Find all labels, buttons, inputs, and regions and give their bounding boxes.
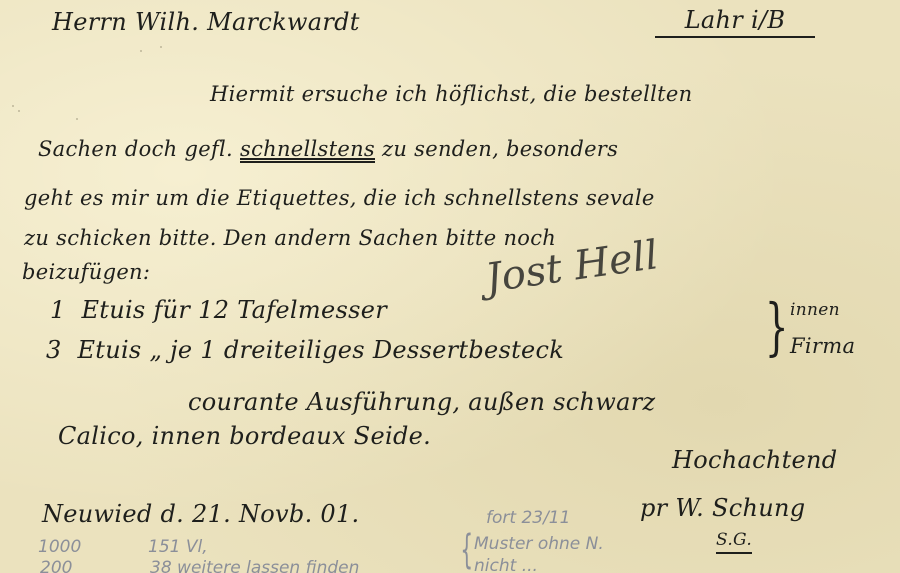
paper-speck <box>140 50 142 52</box>
recipient-name: Herrn Wilh. Marckwardt <box>52 8 360 36</box>
pencil-note-fort: fort 23/11 <box>486 508 570 528</box>
signature: pr W. Schung <box>640 494 805 522</box>
body-line-3: geht es mir um die Etiquettes, die ich s… <box>24 186 655 210</box>
body-line-4: zu schicken bitte. Den andern Sachen bit… <box>24 226 556 250</box>
pencil-brace: { <box>460 530 473 570</box>
item-text: Etuis für 12 Tafelmesser <box>81 296 387 324</box>
item-row: 3 Etuis „ je 1 dreiteiliges Dessertbeste… <box>46 336 564 364</box>
pencil-note-38: 38 weitere lassen finden <box>150 558 359 573</box>
details-line-1: courante Ausführung, außen schwarz <box>188 388 655 416</box>
item-qty: 1 <box>50 296 66 324</box>
paper-speck <box>160 46 162 48</box>
emphasis-schnellstens: schnellstens <box>240 137 375 161</box>
curly-brace: } <box>765 296 789 358</box>
item-text: Etuis „ je 1 dreiteiliges Dessertbesteck <box>77 336 564 364</box>
closing-salutation: Hochachtend <box>672 446 837 474</box>
pencil-note-151: 151 Vl, <box>148 537 208 557</box>
body-line-2-end: zu senden, besonders <box>382 137 618 161</box>
paper-speck <box>76 118 78 120</box>
pencil-note-nicht: nicht ... <box>474 556 538 573</box>
pencil-note-1000: 1000 <box>38 537 81 557</box>
body-line-1: Hiermit ersuche ich höflichst, die beste… <box>210 82 692 106</box>
paper-speck <box>18 110 20 112</box>
item-qty: 3 <box>46 336 62 364</box>
body-line-5: beizufügen: <box>22 260 150 284</box>
dateline: Neuwied d. 21. Novb. 01. <box>42 500 360 528</box>
signature-initials: S.G. <box>716 530 752 554</box>
items-note-line-1: innen <box>790 300 840 320</box>
letter-page: Herrn Wilh. Marckwardt Lahr i/B Hiermit … <box>0 0 900 573</box>
pencil-note-200: 200 <box>40 558 72 573</box>
body-line-2: Sachen doch gefl. schnellstens zu senden… <box>38 137 618 161</box>
items-note-line-2: Firma <box>790 334 855 358</box>
pencil-note-muster: Muster ohne N. <box>474 534 604 554</box>
item-row: 1 Etuis für 12 Tafelmesser <box>50 296 387 324</box>
body-line-2-start: Sachen doch gefl. <box>38 137 233 161</box>
paper-speck <box>12 105 14 107</box>
recipient-place: Lahr i/B <box>655 6 815 38</box>
details-line-2: Calico, innen bordeaux Seide. <box>58 422 431 450</box>
